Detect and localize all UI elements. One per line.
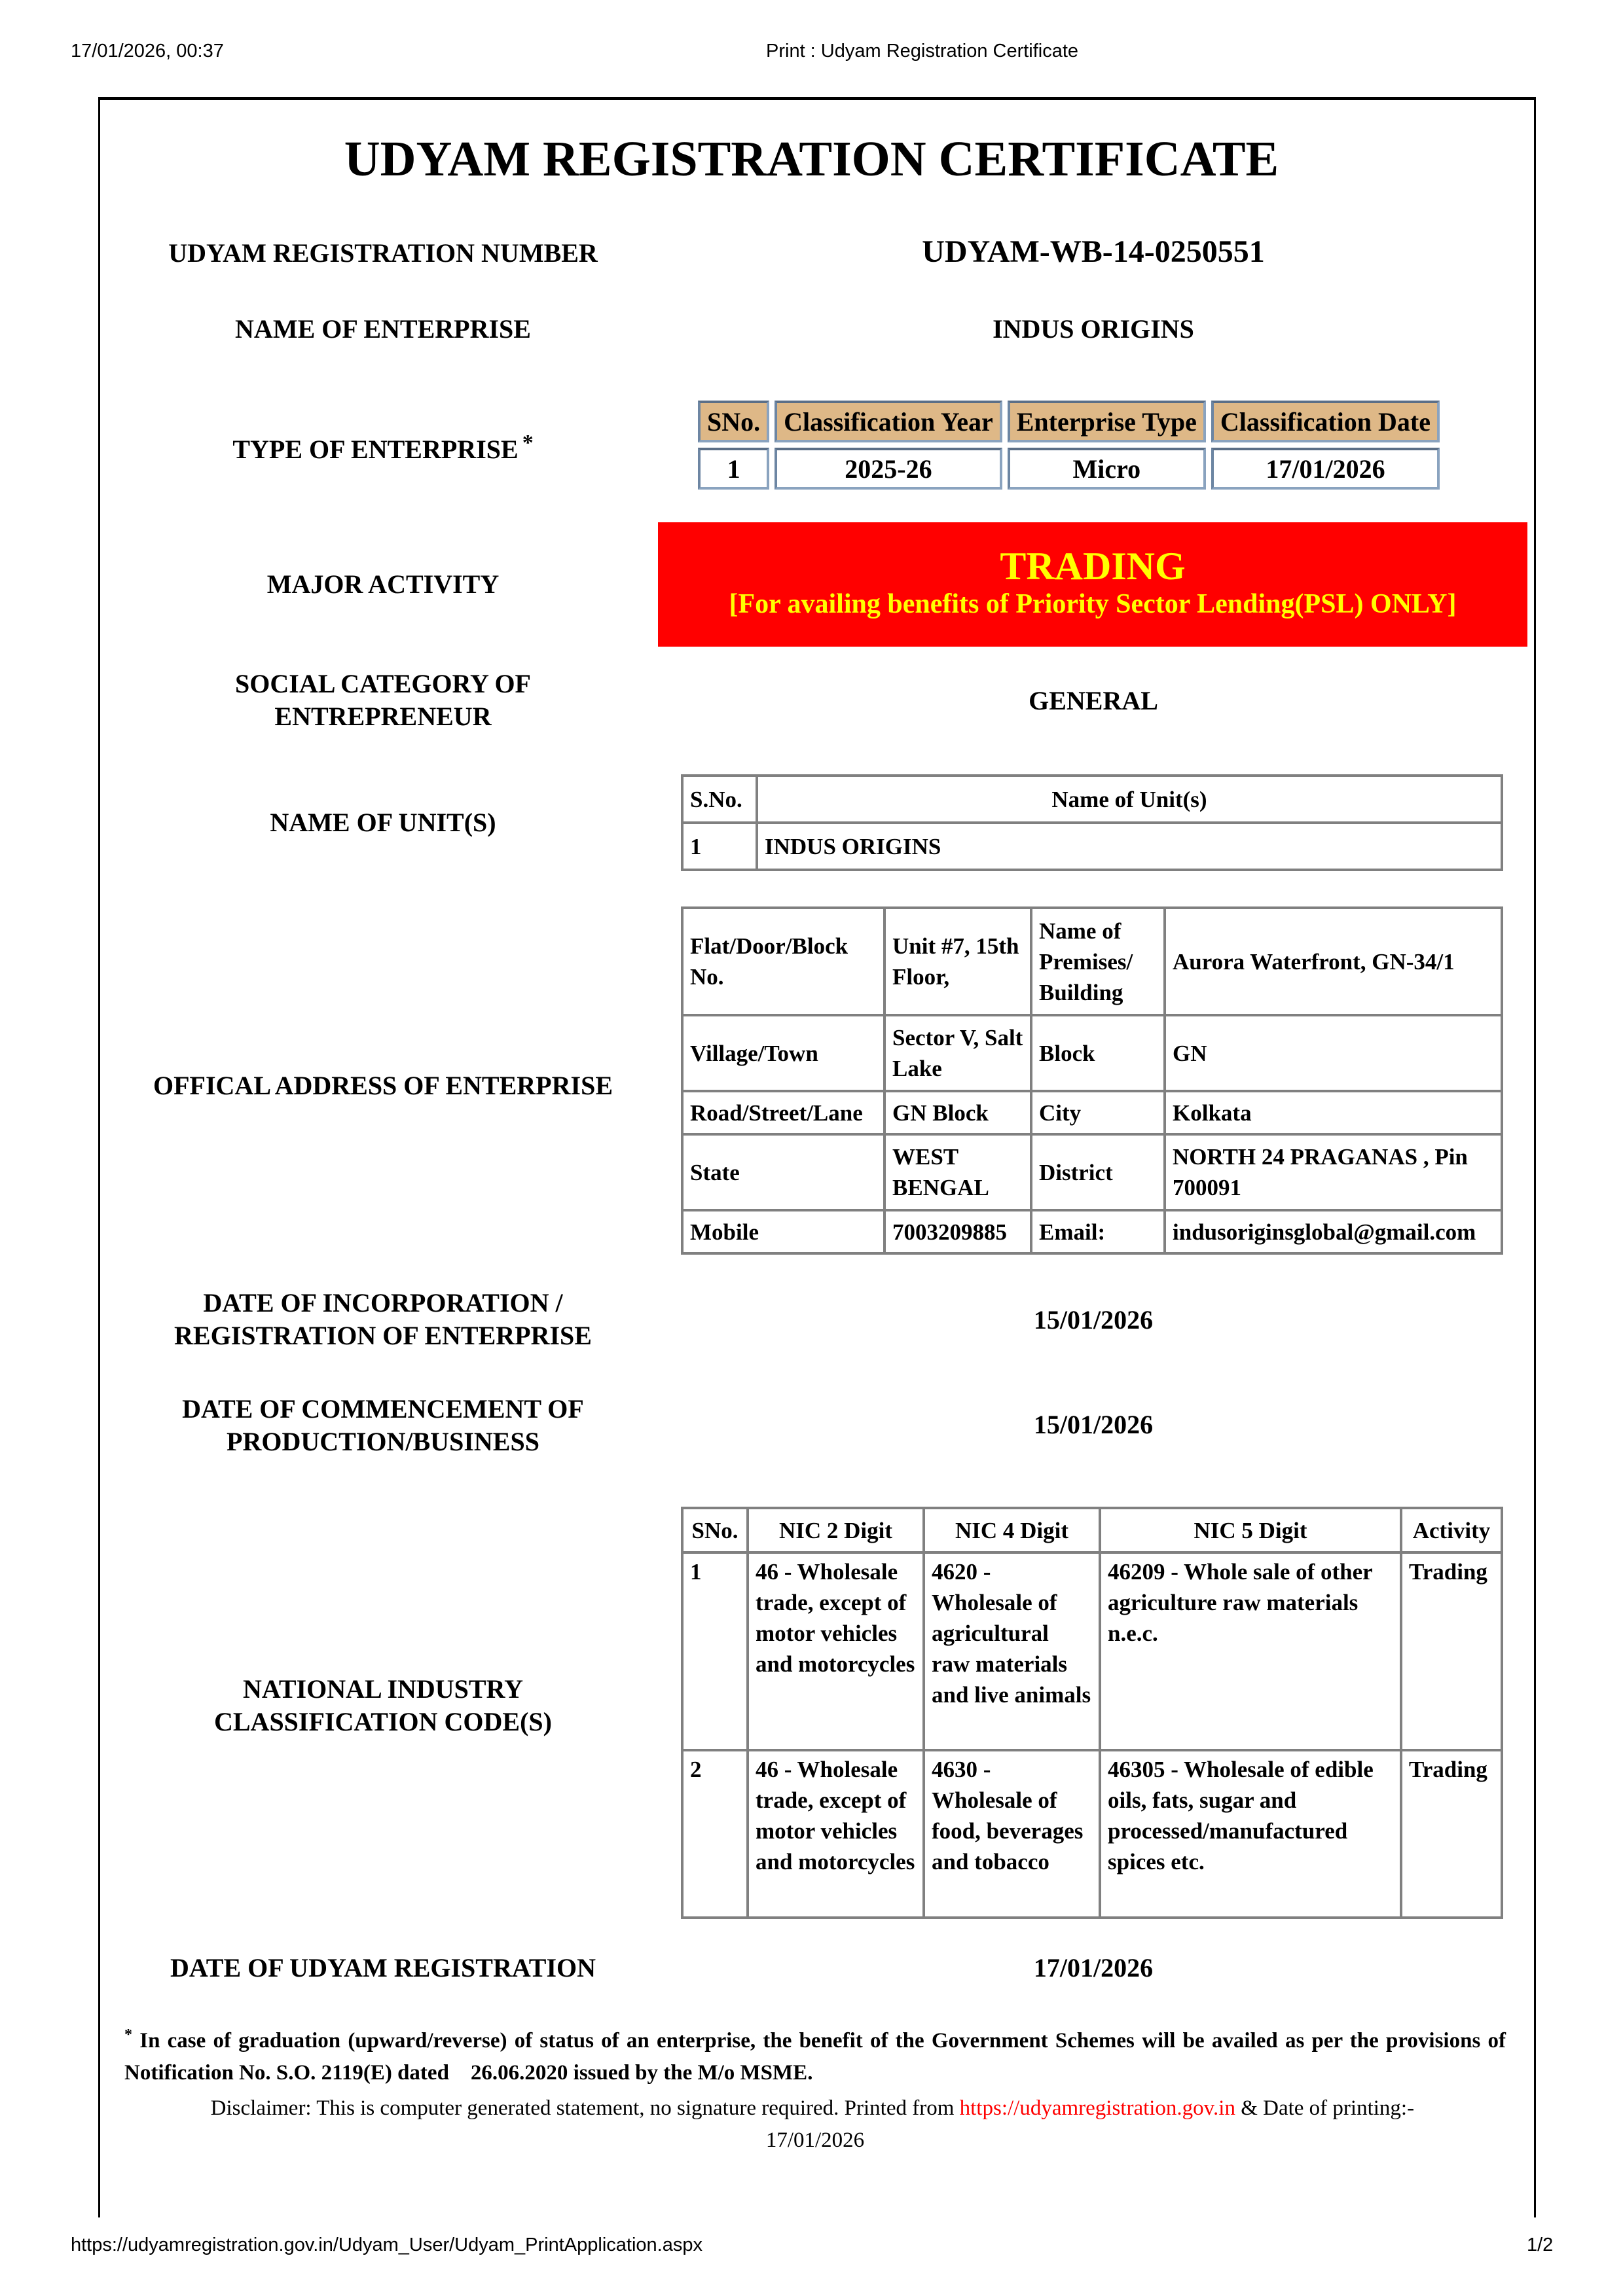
cell-activity: Trading <box>1401 1552 1502 1750</box>
cell-sno: 2 <box>682 1750 748 1918</box>
enterprise-name-label: NAME OF ENTERPRISE <box>98 313 668 346</box>
address-key: Mobile <box>682 1210 884 1253</box>
footnote-text: In case of graduation (upward/reverse) o… <box>124 2029 1511 2085</box>
commencement-label: DATE OF COMMENCEMENT OF PRODUCTION/BUSIN… <box>98 1393 668 1458</box>
enterprise-type-label: TYPE OF ENTERPRISE* <box>98 433 668 466</box>
nic-header-row: SNo. NIC 2 Digit NIC 4 Digit NIC 5 Digit… <box>682 1508 1502 1552</box>
social-category-label-line2: ENTREPRENEUR <box>98 700 668 733</box>
enterprise-type-label-text: TYPE OF ENTERPRISE <box>232 435 518 464</box>
units-table: S.No. Name of Unit(s) 1 INDUS ORIGINS <box>681 774 1503 871</box>
nic-label-line1: NATIONAL INDUSTRY <box>98 1673 668 1706</box>
col-classification-year: Classification Year <box>775 401 1002 442</box>
nic-label-line2: CLASSIFICATION CODE(S) <box>98 1706 668 1738</box>
footnote-mark: * <box>522 431 534 455</box>
major-activity-value: TRADING <box>658 545 1527 588</box>
address-key: Name of Premises/ Building <box>1031 908 1165 1015</box>
cell-sno: 1 <box>682 1552 748 1750</box>
major-activity-label: MAJOR ACTIVITY <box>98 568 668 601</box>
disclaimer-prefix: Disclaimer: This is computer generated s… <box>211 2096 960 2120</box>
table-row: 2 46 - Wholesale trade, except of motor … <box>682 1750 1502 1918</box>
col-unit-name: Name of Unit(s) <box>757 776 1502 823</box>
cell-nic-2-digit: 46 - Wholesale trade, except of motor ve… <box>748 1750 924 1918</box>
address-key: Block <box>1031 1015 1165 1091</box>
cell-nic-2-digit: 46 - Wholesale trade, except of motor ve… <box>748 1552 924 1750</box>
address-value: WEST BENGAL <box>884 1134 1031 1210</box>
cell-nic-4-digit: 4620 - Wholesale of agricultural raw mat… <box>924 1552 1100 1750</box>
col-classification-date: Classification Date <box>1211 401 1440 442</box>
cell-enterprise-type: Micro <box>1008 448 1206 490</box>
classification-table: SNo. Classification Year Enterprise Type… <box>693 401 1445 490</box>
address-value: Sector V, Salt Lake <box>884 1015 1031 1091</box>
registration-date-value: 17/01/2026 <box>661 1952 1525 1984</box>
incorporation-label-line2: REGISTRATION OF ENTERPRISE <box>98 1319 668 1352</box>
registration-number-label: UDYAM REGISTRATION NUMBER <box>98 237 668 270</box>
address-table: Flat/Door/Block No. Unit #7, 15th Floor,… <box>681 906 1503 1255</box>
classification-header-row: SNo. Classification Year Enterprise Type… <box>698 401 1440 442</box>
col-enterprise-type: Enterprise Type <box>1008 401 1206 442</box>
address-key: District <box>1031 1134 1165 1210</box>
units-header-row: S.No. Name of Unit(s) <box>682 776 1502 823</box>
nic-label: NATIONAL INDUSTRY CLASSIFICATION CODE(S) <box>98 1673 668 1738</box>
incorporation-label: DATE OF INCORPORATION / REGISTRATION OF … <box>98 1287 668 1352</box>
address-value: Aurora Waterfront, GN-34/1 <box>1165 908 1502 1015</box>
disclaimer: Disclaimer: This is computer generated s… <box>124 2092 1506 2157</box>
commencement-label-line2: PRODUCTION/BUSINESS <box>98 1426 668 1458</box>
graduation-footnote: * In case of graduation (upward/reverse)… <box>124 2019 1506 2089</box>
major-activity-banner: TRADING [For availing benefits of Priori… <box>658 522 1527 647</box>
social-category-value: GENERAL <box>661 685 1525 717</box>
address-key: Email: <box>1031 1210 1165 1253</box>
cell-nic-5-digit: 46209 - Whole sale of other agriculture … <box>1100 1552 1401 1750</box>
col-activity: Activity <box>1401 1508 1502 1552</box>
col-sno: SNo. <box>698 401 769 442</box>
address-value: GN <box>1165 1015 1502 1091</box>
cell-nic-4-digit: 4630 - Wholesale of food, beverages and … <box>924 1750 1100 1918</box>
address-value: NORTH 24 PRAGANAS , Pin 700091 <box>1165 1134 1502 1210</box>
address-row: State WEST BENGAL District NORTH 24 PRAG… <box>682 1134 1502 1210</box>
cell-classification-date: 17/01/2026 <box>1211 448 1440 490</box>
print-datetime: 17/01/2026, 00:37 <box>71 41 224 62</box>
units-label: NAME OF UNIT(S) <box>98 806 668 839</box>
print-page-title: Print : Udyam Registration Certificate <box>766 41 1078 62</box>
address-row: Mobile 7003209885 Email: indusoriginsglo… <box>682 1210 1502 1253</box>
address-value: GN Block <box>884 1091 1031 1134</box>
udyam-portal-link[interactable]: https://udyamregistration.gov.in <box>960 2096 1235 2120</box>
address-key: Road/Street/Lane <box>682 1091 884 1134</box>
col-nic-4-digit: NIC 4 Digit <box>924 1508 1100 1552</box>
registration-date-label: DATE OF UDYAM REGISTRATION <box>98 1952 668 1984</box>
email-value: indusoriginsglobal@gmail.com <box>1165 1210 1502 1253</box>
commencement-label-line1: DATE OF COMMENCEMENT OF <box>98 1393 668 1426</box>
table-row: 1 46 - Wholesale trade, except of motor … <box>682 1552 1502 1750</box>
address-row: Road/Street/Lane GN Block City Kolkata <box>682 1091 1502 1134</box>
address-key: State <box>682 1134 884 1210</box>
address-row: Flat/Door/Block No. Unit #7, 15th Floor,… <box>682 908 1502 1015</box>
cell-sno: 1 <box>682 823 757 870</box>
col-sno: S.No. <box>682 776 757 823</box>
incorporation-label-line1: DATE OF INCORPORATION / <box>98 1287 668 1319</box>
address-label: OFFICAL ADDRESS OF ENTERPRISE <box>98 1069 668 1102</box>
print-date: 17/01/2026 <box>766 2128 864 2152</box>
address-value: Unit #7, 15th Floor, <box>884 908 1031 1015</box>
address-key: City <box>1031 1091 1165 1134</box>
commencement-date: 15/01/2026 <box>661 1408 1525 1441</box>
enterprise-name-value: INDUS ORIGINS <box>661 313 1525 346</box>
table-row: 1 2025-26 Micro 17/01/2026 <box>698 448 1440 490</box>
social-category-label-line1: SOCIAL CATEGORY OF <box>98 668 668 700</box>
address-key: Village/Town <box>682 1015 884 1091</box>
table-row: 1 INDUS ORIGINS <box>682 823 1502 870</box>
incorporation-date: 15/01/2026 <box>661 1304 1525 1336</box>
mobile-value: 7003209885 <box>884 1210 1031 1253</box>
psl-note: [For availing benefits of Priority Secto… <box>658 588 1527 620</box>
cell-nic-5-digit: 46305 - Wholesale of edible oils, fats, … <box>1100 1750 1401 1918</box>
certificate-title: UDYAM REGISTRATION CERTIFICATE <box>0 131 1623 188</box>
col-sno: SNo. <box>682 1508 748 1552</box>
footnote-mark: * <box>124 2026 132 2043</box>
registration-number-value: UDYAM-WB-14-0250551 <box>661 236 1525 268</box>
social-category-label: SOCIAL CATEGORY OF ENTREPRENEUR <box>98 668 668 733</box>
cell-unit-name: INDUS ORIGINS <box>757 823 1502 870</box>
disclaimer-suffix: & Date of printing:- <box>1235 2096 1419 2120</box>
address-value: Kolkata <box>1165 1091 1502 1134</box>
print-url: https://udyamregistration.gov.in/Udyam_U… <box>71 2234 702 2256</box>
nic-table: SNo. NIC 2 Digit NIC 4 Digit NIC 5 Digit… <box>681 1507 1503 1919</box>
cell-classification-year: 2025-26 <box>775 448 1002 490</box>
cell-sno: 1 <box>698 448 769 490</box>
col-nic-5-digit: NIC 5 Digit <box>1100 1508 1401 1552</box>
address-row: Village/Town Sector V, Salt Lake Block G… <box>682 1015 1502 1091</box>
col-nic-2-digit: NIC 2 Digit <box>748 1508 924 1552</box>
page-number: 1/2 <box>1527 2234 1553 2256</box>
cell-activity: Trading <box>1401 1750 1502 1918</box>
address-key: Flat/Door/Block No. <box>682 908 884 1015</box>
